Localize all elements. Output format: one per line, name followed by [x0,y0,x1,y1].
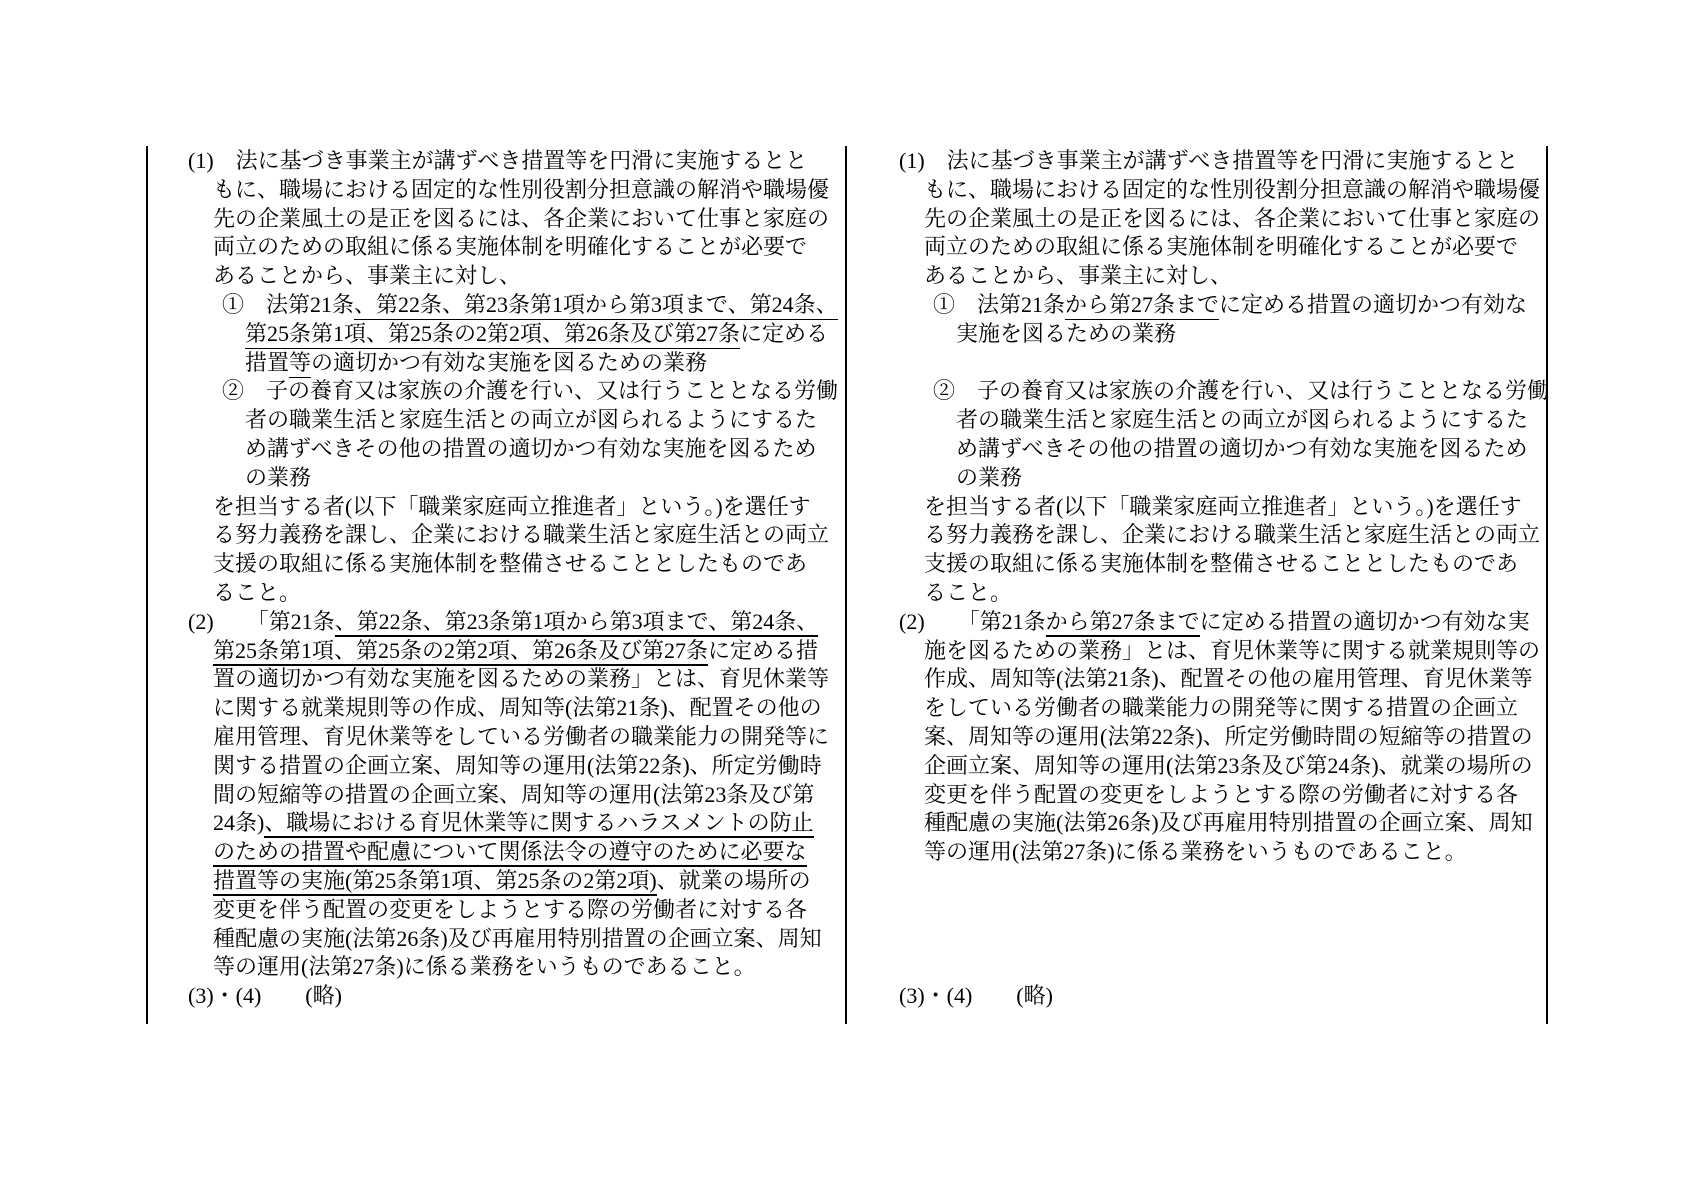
text-segment: を担当する者(以下「職業家庭両立推進者」という。)を選任す [924,494,1522,519]
text-line: 者の職業生活と家庭生活との両立が図られるようにするた [188,406,848,435]
text-line: め講ずべきその他の措置の適切かつ有効な実施を図るため [188,435,848,464]
text-segment: 案、周知等の運用(法第22条)、所定労働時間の短縮等の措置の [924,724,1533,749]
text-line: の業務 [188,464,848,493]
text-segment: に定める措置の適切かつ有効な実 [1200,609,1530,634]
text-line: 支援の取組に係る実施体制を整備させることとしたものであ [899,550,1559,579]
text-segment: (2) 「第21条 [899,609,1046,634]
text-line: (3)・(4) (略) [188,982,848,1011]
text-line: 企画立案、周知等の運用(法第23条及び第24条)、就業の場所の [899,752,1559,781]
text-line: (1) 法に基づき事業主が講ずべき措置等を円滑に実施するとと [899,147,1559,176]
text-line: 変更を伴う配置の変更をしようとする際の労働者に対する各 [899,781,1559,810]
text-segment: ① 法第21条 [222,292,354,317]
text-line: 措置等の適切かつ有効な実施を図るための業務 [188,349,848,378]
text-segment: あることから、事業主に対し、 [924,263,1232,288]
underlined-amendment-text: のための措置や配慮について関係法令の遵守のために必要な [213,839,807,867]
text-line: 第25条第1項、第25条の2第2項、第26条及び第27条に定める [188,320,848,349]
blank-line [899,349,1559,378]
text-line: 実施を図るための業務 [899,320,1559,349]
text-segment: る努力義務を課し、企業における職業生活と家庭生活との両立 [213,522,829,547]
text-segment: (3)・(4) (略) [899,983,1053,1008]
text-line: あることから、事業主に対し、 [899,262,1559,291]
text-segment: (1) 法に基づき事業主が講ずべき措置等を円滑に実施するとと [899,148,1518,173]
text-line: ① 法第21条から第27条までに定める措置の適切かつ有効な [899,291,1559,320]
text-segment: 企画立案、周知等の運用(法第23条及び第24条)、就業の場所の [924,753,1533,778]
underlined-amendment-text: 措置等の実施(第25条第1項、第25条の2第2項) [213,868,657,896]
text-segment: 変更を伴う配置の変更をしようとする際の労働者に対する各 [213,897,807,922]
text-line: を担当する者(以下「職業家庭両立推進者」という。)を選任す [899,493,1559,522]
underlined-amendment-text: 等 [289,350,311,378]
text-line: の業務 [899,464,1559,493]
text-segment: ること。 [213,580,301,605]
text-segment: 支援の取組に係る実施体制を整備させることとしたものであ [213,551,807,576]
text-segment: を担当する者(以下「職業家庭両立推進者」という。)を選任す [213,494,811,519]
underlined-amendment-text: から第27条まで [1065,292,1219,320]
text-line: を担当する者(以下「職業家庭両立推進者」という。)を選任す [188,493,848,522]
underlined-amendment-text: 第25条第1項、第25条の2第2項、第26条及び第27条 [245,321,740,349]
text-segment: 両立のための取組に係る実施体制を明確化することが必要で [924,234,1518,259]
text-line: 施を図るための業務」とは、育児休業等に関する就業規則等の [899,637,1559,666]
text-segment: 等の運用(法第27条)に係る業務をいうものであること。 [213,954,756,979]
text-segment: ② 子の養育又は家族の介護を行い、又は行うこととなる労働 [933,378,1549,403]
text-segment: 関する措置の企画立案、周知等の運用(法第22条)、所定労働時 [213,753,822,778]
text-line: のための措置や配慮について関係法令の遵守のために必要な [188,838,848,867]
text-segment: 実施を図るための業務 [956,321,1176,346]
text-line: 変更を伴う配置の変更をしようとする際の労働者に対する各 [188,896,848,925]
text-segment: 先の企業風土の是正を図るには、各企業において仕事と家庭の [924,206,1540,231]
underlined-amendment-text: 第25条第1項、第25条の2第2項、第26条及び第27条 [213,638,708,666]
text-line: をしている労働者の職業能力の開発等に関する措置の企画立 [899,694,1559,723]
text-segment: に定める措置の適切かつ有効な [1219,292,1527,317]
text-segment: め講ずべきその他の措置の適切かつ有効な実施を図るため [245,436,817,461]
text-segment: 種配慮の実施(法第26条)及び再雇用特別措置の企画立案、周知 [924,810,1533,835]
text-segment: (1) 法に基づき事業主が講ずべき措置等を円滑に実施するとと [188,148,807,173]
text-segment: の業務 [956,465,1022,490]
table-border-left [146,146,148,1024]
text-line: ② 子の養育又は家族の介護を行い、又は行うこととなる労働 [188,377,848,406]
text-line: 間の短縮等の措置の企画立案、周知等の運用(法第23条及び第 [188,781,848,810]
document-page: (1) 法に基づき事業主が講ずべき措置等を円滑に実施するとともに、職場における固… [0,0,1695,1181]
text-line: あることから、事業主に対し、 [188,262,848,291]
text-segment: (2) 「第21条 [188,609,335,634]
text-line: (2) 「第21条から第27条までに定める措置の適切かつ有効な実 [899,608,1559,637]
text-segment: をしている労働者の職業能力の開発等に関する措置の企画立 [924,695,1518,720]
text-line: ② 子の養育又は家族の介護を行い、又は行うこととなる労働 [899,377,1559,406]
text-segment: あることから、事業主に対し、 [213,263,521,288]
text-line: ること。 [188,579,848,608]
blank-line [899,867,1559,896]
text-segment: 等の運用(法第27条)に係る業務をいうものであること。 [924,839,1467,864]
text-segment: ① 法第21条 [933,292,1065,317]
text-segment: の適切かつ有効な実施を図るための業務 [311,350,707,375]
text-segment: 措置 [245,350,289,375]
text-segment: 者の職業生活と家庭生活との両立が図られるようにするた [956,407,1528,432]
text-segment: 間の短縮等の措置の企画立案、周知等の運用(法第23条及び第 [213,782,814,807]
blank-line [899,925,1559,954]
text-line: 先の企業風土の是正を図るには、各企業において仕事と家庭の [188,205,848,234]
text-line: (2) 「第21条、第22条、第23条第1項から第3項まで、第24条、 [188,608,848,637]
text-segment: 24条) [213,810,264,835]
text-segment: に関する就業規則等の作成、周知等(法第21条)、配置その他の [213,695,822,720]
text-segment: 両立のための取組に係る実施体制を明確化することが必要で [213,234,807,259]
text-segment: もに、職場における固定的な性別役割分担意識の解消や職場優 [213,177,829,202]
text-line: 等の運用(法第27条)に係る業務をいうものであること。 [188,953,848,982]
text-segment: る努力義務を課し、企業における職業生活と家庭生活との両立 [924,522,1540,547]
text-line: 両立のための取組に係る実施体制を明確化することが必要で [899,233,1559,262]
text-line: (3)・(4) (略) [899,982,1559,1011]
text-line: 案、周知等の運用(法第22条)、所定労働時間の短縮等の措置の [899,723,1559,752]
text-line: 作成、周知等(法第21条)、配置その他の雇用管理、育児休業等 [899,665,1559,694]
text-line: 等の運用(法第27条)に係る業務をいうものであること。 [899,838,1559,867]
text-line: ① 法第21条、第22条、第23条第1項から第3項まで、第24条、 [188,291,848,320]
underlined-amendment-text: 、第22条、第23条第1項から第3項まで、第24条、 [354,292,838,320]
comparison-column-right: (1) 法に基づき事業主が講ずべき措置等を円滑に実施するとともに、職場における固… [899,147,1559,1011]
text-segment: 、就業の場所の [657,868,811,893]
text-line: もに、職場における固定的な性別役割分担意識の解消や職場優 [188,176,848,205]
text-segment: に定める措 [708,638,818,663]
text-segment: 施を図るための業務」とは、育児休業等に関する就業規則等の [924,638,1540,663]
text-line: (1) 法に基づき事業主が講ずべき措置等を円滑に実施するとと [188,147,848,176]
underlined-amendment-text: 、第22条、第23条第1項から第3項まで、第24条、 [335,609,819,637]
text-line: 措置等の実施(第25条第1項、第25条の2第2項)、就業の場所の [188,867,848,896]
text-segment: 支援の取組に係る実施体制を整備させることとしたものであ [924,551,1518,576]
blank-line [899,896,1559,925]
comparison-column-left: (1) 法に基づき事業主が講ずべき措置等を円滑に実施するとともに、職場における固… [188,147,848,1011]
text-segment: 雇用管理、育児休業等をしている労働者の職業能力の開発等に [213,724,829,749]
text-line: 置の適切かつ有効な実施を図るための業務」とは、育児休業等 [188,665,848,694]
text-line: 者の職業生活と家庭生活との両立が図られるようにするた [899,406,1559,435]
text-segment: (3)・(4) (略) [188,983,342,1008]
text-segment: に定める [740,321,828,346]
text-line: 両立のための取組に係る実施体制を明確化することが必要で [188,233,848,262]
text-segment: ること。 [924,580,1012,605]
text-line: に関する就業規則等の作成、周知等(法第21条)、配置その他の [188,694,848,723]
text-segment: 作成、周知等(法第21条)、配置その他の雇用管理、育児休業等 [924,666,1533,691]
text-line: 関する措置の企画立案、周知等の運用(法第22条)、所定労働時 [188,752,848,781]
text-segment: 先の企業風土の是正を図るには、各企業において仕事と家庭の [213,206,829,231]
text-segment: め講ずべきその他の措置の適切かつ有効な実施を図るため [956,436,1528,461]
text-line: め講ずべきその他の措置の適切かつ有効な実施を図るため [899,435,1559,464]
text-line: 24条)、職場における育児休業等に関するハラスメントの防止 [188,809,848,838]
text-segment: の業務 [245,465,311,490]
text-segment: ② 子の養育又は家族の介護を行い、又は行うこととなる労働 [222,378,838,403]
text-segment: 種配慮の実施(法第26条)及び再雇用特別措置の企画立案、周知 [213,926,822,951]
text-line: る努力義務を課し、企業における職業生活と家庭生活との両立 [899,521,1559,550]
text-line: 種配慮の実施(法第26条)及び再雇用特別措置の企画立案、周知 [188,925,848,954]
text-line: 雇用管理、育児休業等をしている労働者の職業能力の開発等に [188,723,848,752]
text-line: 支援の取組に係る実施体制を整備させることとしたものであ [188,550,848,579]
text-line: 先の企業風土の是正を図るには、各企業において仕事と家庭の [899,205,1559,234]
text-line: もに、職場における固定的な性別役割分担意識の解消や職場優 [899,176,1559,205]
underlined-amendment-text: から第27条まで [1046,609,1200,637]
text-line: 種配慮の実施(法第26条)及び再雇用特別措置の企画立案、周知 [899,809,1559,838]
text-segment: もに、職場における固定的な性別役割分担意識の解消や職場優 [924,177,1540,202]
text-line: 第25条第1項、第25条の2第2項、第26条及び第27条に定める措 [188,637,848,666]
text-line: る努力義務を課し、企業における職業生活と家庭生活との両立 [188,521,848,550]
text-segment: 変更を伴う配置の変更をしようとする際の労働者に対する各 [924,782,1518,807]
text-segment: 置の適切かつ有効な実施を図るための業務」とは、育児休業等 [213,666,829,691]
underlined-amendment-text: 、職場における育児休業等に関するハラスメントの防止 [264,810,813,838]
blank-line [899,953,1559,982]
text-segment: 者の職業生活と家庭生活との両立が図られるようにするた [245,407,817,432]
text-line: ること。 [899,579,1559,608]
